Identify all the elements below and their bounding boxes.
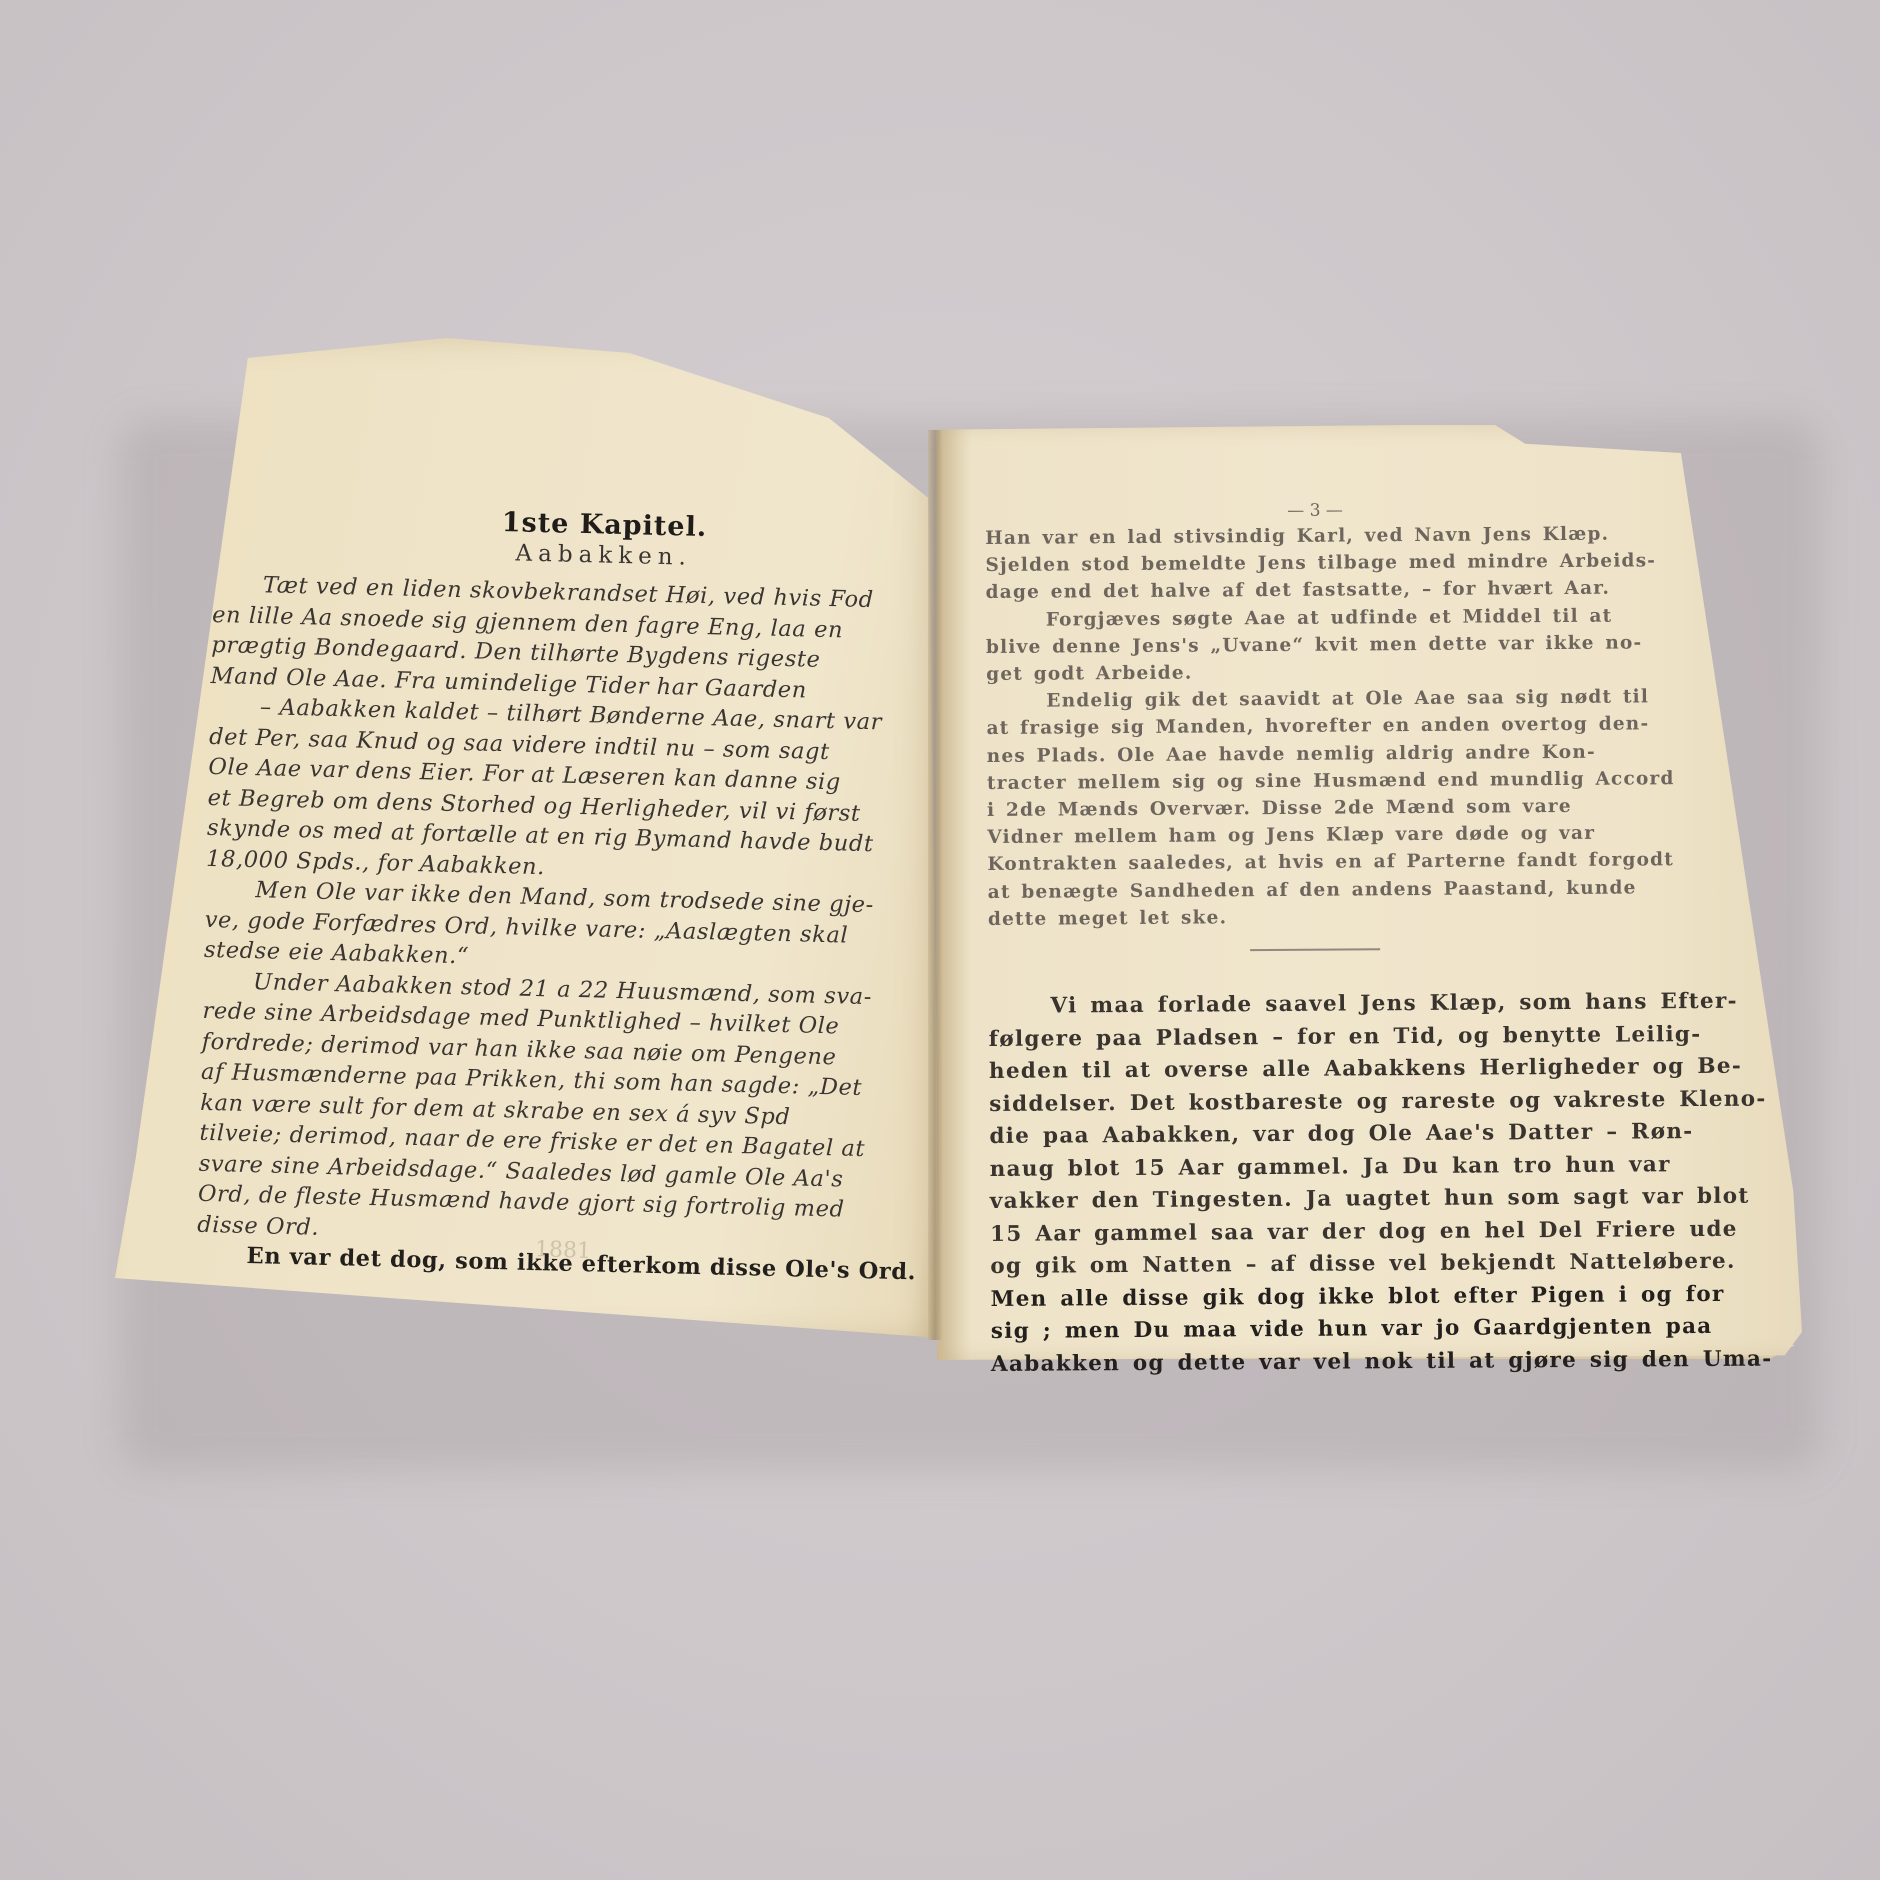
text-line: 15 Aar gammel saa var der dog en hel Del… xyxy=(990,1214,1690,1251)
photo-scene: 1881 1ste Kapitel. Aabakken. Tæt ved en … xyxy=(0,0,1880,1880)
text-line: die paa Aabakken, var dog Ole Aae's Datt… xyxy=(989,1116,1689,1153)
text-line: at benægte Sandheden af den andens Paast… xyxy=(988,874,1688,906)
text-line: dage end det halve af det fastsatte, – f… xyxy=(986,575,1686,607)
text-line: Kontrakten saaledes, at hvis en af Parte… xyxy=(987,847,1687,879)
left-page-text: 1ste Kapitel. Aabakken. Tæt ved en liden… xyxy=(196,500,935,1288)
left-page-body: Tæt ved en liden skovbekrandset Høi, ved… xyxy=(196,569,933,1288)
text-line: sig ; men Du maa vide hun var jo Gaardgj… xyxy=(991,1311,1691,1348)
text-line: vakker den Tingesten. Ja uagtet hun som … xyxy=(990,1181,1690,1218)
page-number: — 3 — xyxy=(985,498,1645,523)
text-line: følgere paa Pladsen – for en Tid, og ben… xyxy=(989,1019,1689,1056)
text-line: naug blot 15 Aar gammel. Ja Du kan tro h… xyxy=(990,1149,1690,1186)
text-line: heden til at overse alle Aabakkens Herli… xyxy=(989,1051,1689,1088)
text-line: og gik om Natten – af disse vel bekjendt… xyxy=(990,1246,1690,1283)
right-page-text: — 3 — Han var en lad stivsindig Karl, ve… xyxy=(985,498,1691,1381)
right-page-lower-body: Vi maa forlade saavel Jens Klæp, som han… xyxy=(988,986,1691,1381)
section-divider xyxy=(1250,948,1380,951)
text-line: dette meget let ske. xyxy=(988,901,1688,933)
text-line: Aabakken og dette var vel nok til at gjø… xyxy=(991,1344,1691,1381)
right-page-upper-body: Han var en lad stivsindig Karl, ved Navn… xyxy=(985,520,1688,933)
text-line: tracter mellem sig og sine Husmænd end m… xyxy=(987,765,1687,797)
text-line: blive denne Jens's „Uvane“ kvit men dett… xyxy=(986,629,1686,661)
text-line: Vi maa forlade saavel Jens Klæp, som han… xyxy=(988,986,1688,1023)
text-line: at frasige sig Manden, hvorefter en ande… xyxy=(986,711,1686,743)
text-line: Men alle disse gik dog ikke blot efter P… xyxy=(990,1279,1690,1316)
text-line: siddelser. Det kostbareste og rareste og… xyxy=(989,1084,1689,1121)
